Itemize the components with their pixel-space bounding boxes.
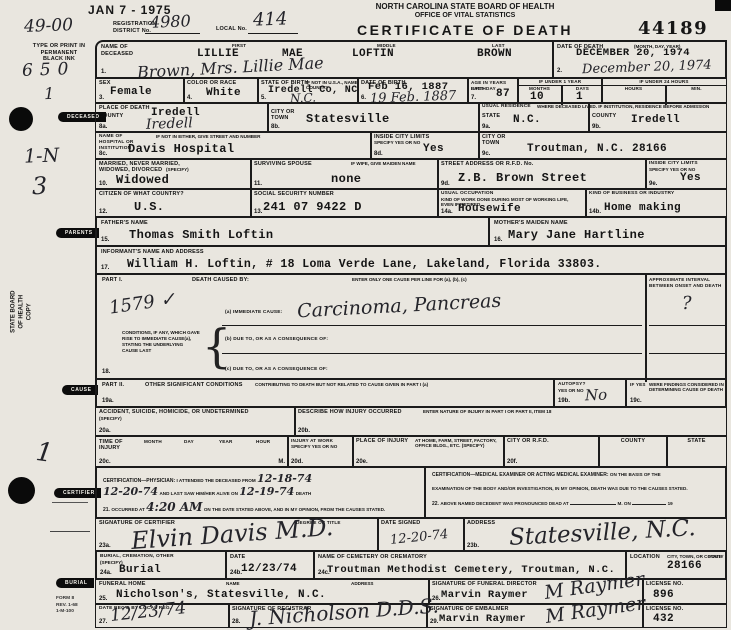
copy-label: STATE BOARD OF HEALTH COPY [10, 276, 33, 348]
death-certificate-scan: JAN 7 - 1975 49-00 REGISTRATION DISTRICT… [0, 0, 731, 630]
field-business: KIND OF BUSINESS OR INDUSTRY 14b. Home m… [585, 188, 727, 218]
field-date-received: DATE REC'D BY LOCAL REG. 27. 12/23/74 [95, 603, 230, 628]
field-autopsy: AUTOPSY? YES OR NO 19b. No [553, 378, 627, 408]
field-embalmer-signature: SIGNATURE OF EMBALMER 29. Marvin Raymer … [426, 603, 644, 628]
field-hospital: NAME OF HOSPITAL OR INSTITUTION IF NOT I… [95, 131, 372, 160]
field-occupation: USUAL OCCUPATION KIND OF WORK DONE DURIN… [437, 188, 587, 218]
field-father-name: FATHER'S NAME 15. Thomas Smith Loftin [95, 216, 490, 247]
field-injury-city: CITY OR R.F.D. 20f. [503, 435, 600, 468]
margin-code-1: 1 [44, 84, 55, 103]
field-color-or-race: COLOR OR RACE 4. White [183, 77, 259, 104]
field-citizen: CITIZEN OF WHAT COUNTRY? 12. U.S. [95, 188, 252, 218]
margin-code-49-00: 49-00 [24, 15, 74, 37]
field-date-signed: DATE SIGNED 12-20-74 [377, 517, 465, 552]
date-signed-handwritten: 12-20-74 [389, 527, 449, 548]
divider [52, 502, 88, 503]
field-date-of-birth: DATE OF BIRTH 6. Feb 16, 1887 19 Feb. 18… [357, 77, 469, 104]
registration-district-value: 4980 [150, 11, 191, 31]
handwritten-cause-code: 1579 ✓ [108, 288, 177, 318]
field-name-of-deceased: NAME OF DECEASED 1. FIRST MIDDLE LAST LI… [95, 40, 554, 79]
field-street-address: STREET ADDRESS OR R.F.D. No. 9d. Z.B. Br… [437, 158, 647, 190]
office-name: OFFICE OF VITAL STATISTICS [320, 12, 610, 19]
tab-burial: BURIAL [56, 578, 94, 588]
field-how-injury-occurred: DESCRIBE HOW INJURY OCCURRED ENTER NATUR… [294, 406, 727, 437]
field-burial-type: BURIAL, CREMATION, OTHER (SPECIFY) 24a. … [95, 550, 227, 580]
field-mother-maiden-name: MOTHER'S MAIDEN NAME 16. Mary Jane Hartl… [488, 216, 727, 247]
form-number: FORM 8 REV. 1-68 1-M-100 [56, 596, 78, 616]
field-place-of-injury: PLACE OF INJURY AT HOME, FARM, STREET, F… [352, 435, 505, 468]
margin-code-1b: 1 [34, 437, 55, 469]
margin-code-650: 650 [22, 59, 76, 81]
field-sex: SEX 3. Female [95, 77, 185, 104]
field-if-under-1-year: IF UNDER 1 YEAR MONTHS DAYS 10 1 [517, 77, 603, 104]
tab-certifier: CERTIFIER [54, 488, 101, 498]
field-informant: INFORMANT'S NAME AND ADDRESS 17. William… [95, 245, 727, 275]
field-residence-state: USUAL RESIDENCE WHERE DECEASED LIVED. IF… [478, 102, 590, 133]
hole-punch [9, 107, 33, 131]
date-received-handwritten: 12/23/74 [109, 598, 187, 626]
corner-mark [715, 0, 731, 11]
field-findings-considered: IF YES WERE FINDINGS CONSIDERED IN DETER… [625, 378, 727, 408]
handwritten-autopsy: No [585, 386, 608, 405]
local-no-value: 414 [253, 8, 288, 30]
field-certification-medical-examiner: CERTIFICATION—MEDICAL EXAMINER OR ACTING… [424, 466, 727, 519]
field-injury-state: STATE [666, 435, 727, 468]
field-license-funeral-director: LICENSE NO. 896 [642, 578, 727, 605]
field-accident-suicide: ACCIDENT, SUICIDE, HOMICIDE, OR UNDETERM… [95, 406, 296, 437]
margin-code-3: 3 [32, 172, 48, 201]
handwritten-interval: ? [682, 293, 692, 314]
divider [50, 531, 90, 532]
field-certifier-address: ADDRESS 23b. Statesville, N.C. [463, 517, 727, 552]
field-residence-county: COUNTY 9b. Iredell [588, 102, 727, 133]
divider [145, 33, 200, 34]
handwritten-date-of-death: December 20, 1974 [582, 58, 712, 78]
field-signature-of-certifier: SIGNATURE OF CERTIFIER DEGREE OR TITLE 2… [95, 517, 379, 552]
field-time-of-injury: TIME OF INJURY MONTH DAY YEAR HOUR 20c. … [95, 435, 289, 468]
field-place-of-death-county: PLACE OF DEATH COUNTY 8a. Iredell Iredel… [95, 102, 269, 133]
field-residence-city: CITY OR TOWN 9c. Troutman, N.C. 28166 [478, 131, 727, 160]
field-if-under-24-hours: IF UNDER 24 HOURS HOURS MIN. [601, 77, 727, 104]
section-part1-cause: PART I. DEATH CAUSED BY: ENTER ONLY ONE … [95, 273, 727, 380]
field-date-of-death: DATE OF DEATH (MONTH, DAY, YEAR) 2. DECE… [552, 40, 727, 79]
field-place-of-death-city: CITY OR TOWN 8b. Statesville [267, 102, 480, 133]
field-hospital-inside-city-limits: INSIDE CITY LIMITS SPECIFY YES OR NO 8d.… [370, 131, 480, 160]
field-certification-physician: CERTIFICATION—PHYSICIAN: I ATTENDED THE … [95, 466, 426, 519]
certificate-title: CERTIFICATE OF DEATH [310, 22, 620, 38]
certificate-serial-number: 44189 [638, 18, 708, 39]
field-marital-status: MARRIED, NEVER MARRIED, WIDOWED, DIVORCE… [95, 158, 252, 190]
divider [248, 33, 298, 34]
field-injury-at-work: INJURY AT WORK SPECIFY YES OR NO 20d. [287, 435, 354, 468]
tab-cause: CAUSE [62, 385, 98, 395]
margin-code-1n: 1-N [24, 144, 60, 167]
field-cemetery: NAME OF CEMETERY OR CREMATORY 24c. Trout… [313, 550, 627, 580]
field-ssn: SOCIAL SECURITY NUMBER 13. 241 07 9422 D [250, 188, 439, 218]
field-state-of-birth: STATE OF BIRTH IF NOT IN U.S.A., NAME CO… [257, 77, 359, 104]
certifier-address-handwritten: Statesville, N.C. [508, 515, 696, 551]
tab-parents: PARENTS [56, 228, 99, 238]
field-surviving-spouse: SURVIVING SPOUSE IF WIFE, GIVE MAIDEN NA… [250, 158, 439, 190]
handwritten-immediate-cause: Carcinoma, Pancreas [297, 290, 502, 323]
field-license-embalmer: LICENSE NO. 432 [642, 603, 727, 628]
board-name: NORTH CAROLINA STATE BOARD OF HEALTH [320, 2, 610, 11]
field-burial-date: DATE 24b. 12/23/74 [225, 550, 315, 580]
local-no-label: LOCAL No. [216, 26, 256, 33]
field-residence-inside-city-limits: INSIDE CITY LIMITS SPECIFY YES OR NO 9e.… [645, 158, 727, 190]
field-age: AGE IN YEARS LAST BIRTHDAY 7. 87 [467, 77, 519, 104]
field-injury-county: COUNTY [598, 435, 668, 468]
brace: { [202, 319, 231, 373]
section-part2-other-conditions: PART II. OTHER SIGNIFICANT CONDITIONS CO… [95, 378, 555, 408]
field-registrar-signature: SIGNATURE OF REGISTRAR 28. J. Nicholson … [228, 603, 428, 628]
hole-punch [8, 477, 35, 504]
